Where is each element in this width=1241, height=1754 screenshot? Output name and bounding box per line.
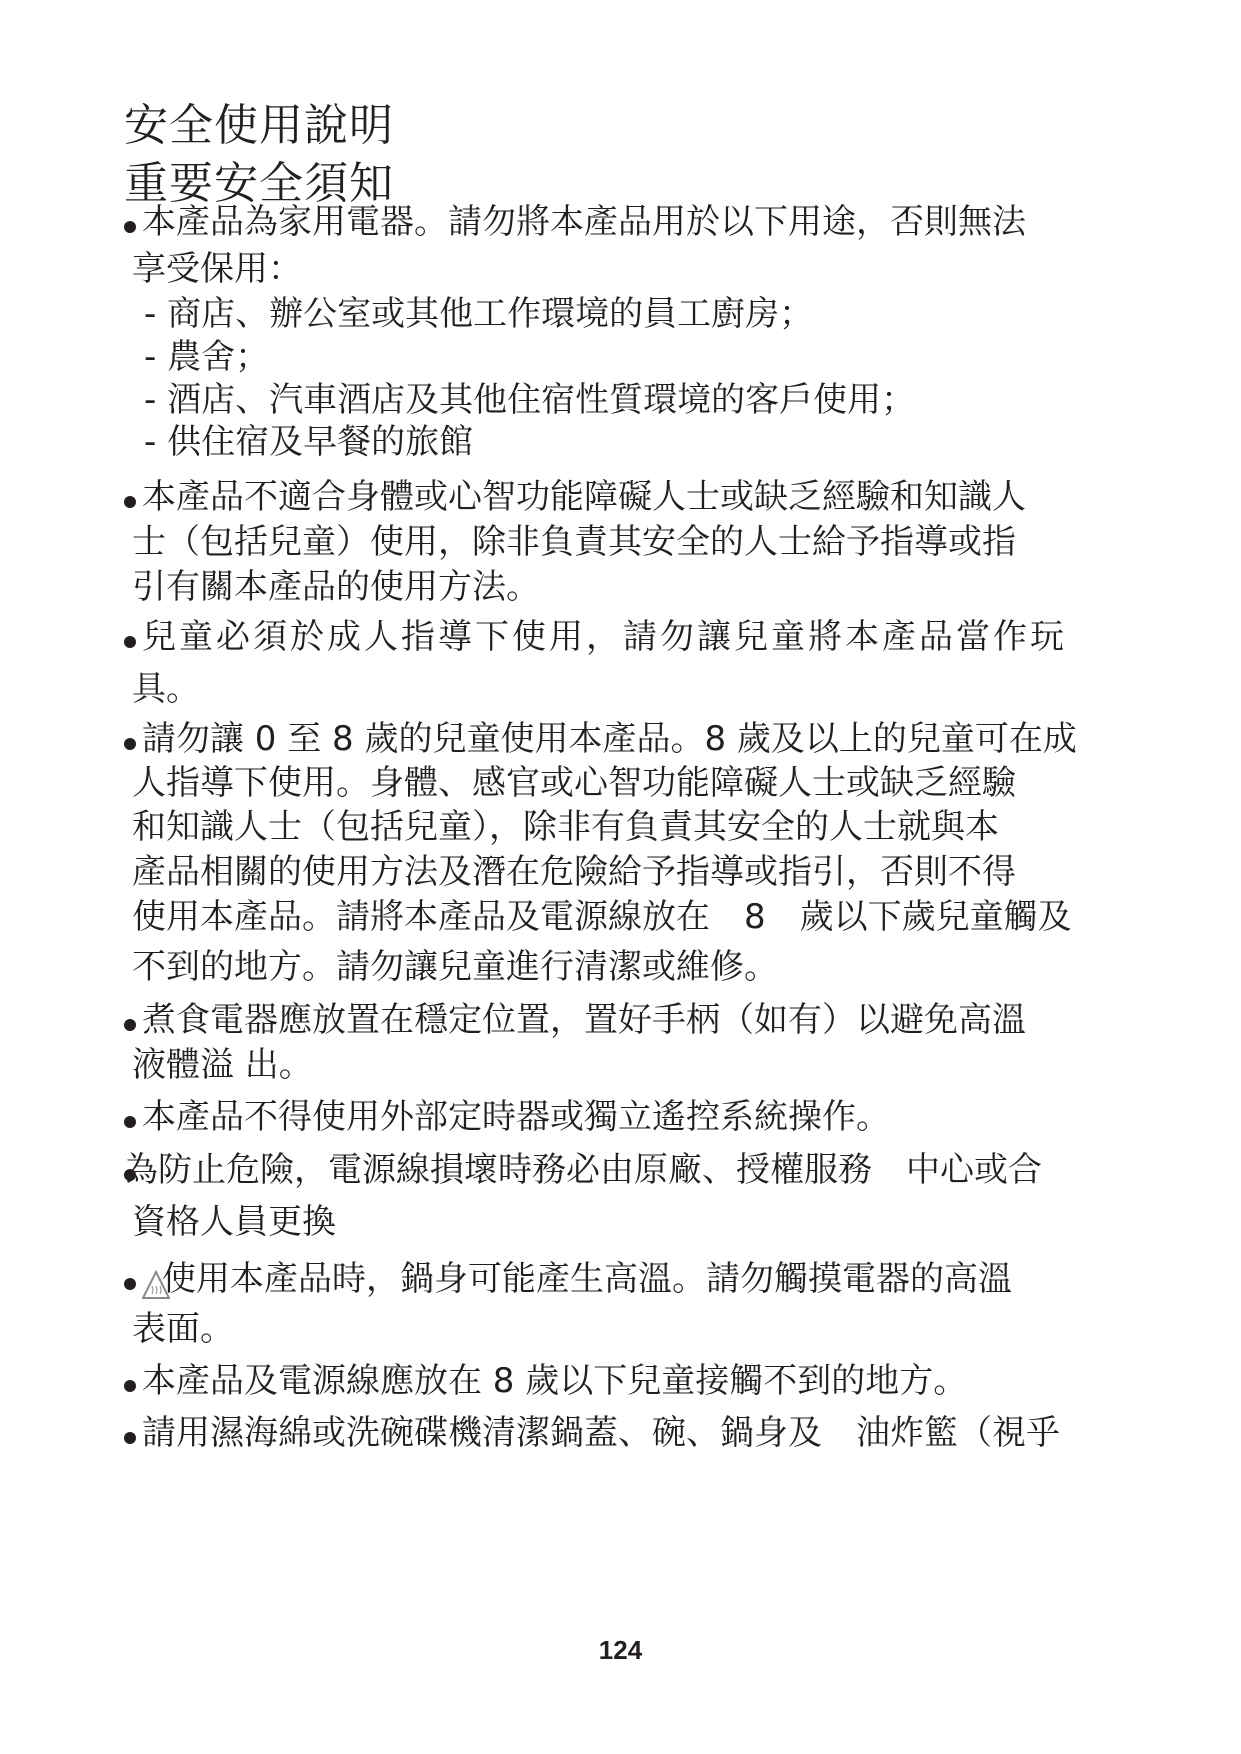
bullet-icon [124, 738, 136, 750]
document-page: 安全使用說明 重要安全須知 本產品為家用電器。請勿將本產品用於以下用途，否則無法… [0, 0, 1241, 1754]
item-text-line: 本產品不得使用外部定時器或獨立遙控系統操作。 [142, 1100, 890, 1134]
item-text-line: 產品相關的使用方法及潛在危險給予指導或指引，否則不得 [132, 855, 1016, 889]
sub-item: - 農舍； [144, 340, 269, 374]
item-text-line: 具。 [132, 672, 200, 706]
item-text-line: 人指導下使用。身體、感官或心智功能障礙人士或缺乏經驗 [132, 766, 1016, 800]
item-text-line: 請用濕海綿或洗碗碟機清潔鍋蓋、碗、鍋身及 油炸籃（視乎 [142, 1416, 1060, 1450]
item-text-line: 引有關本產品的使用方法。 [132, 570, 540, 604]
item-text-line: 煮食電器應放置在穩定位置，置好手柄（如有）以避免高溫 [142, 1003, 1026, 1037]
item-text-line: 液體溢 出。 [132, 1048, 313, 1082]
sub-item: - 商店、辦公室或其他工作環境的員工廚房； [144, 297, 813, 331]
item-text-line: 使用本產品。請將本產品及電源線放在 8 歲以下歲兒童觸及 [132, 900, 1072, 934]
page-title: 安全使用說明 [124, 104, 394, 148]
section-heading: 重要安全須知 [124, 162, 394, 206]
bullet-icon [124, 1432, 136, 1444]
item-text-line: 為防止危險，電源線損壞時務必由原廠、授權服務 中心或合 [124, 1153, 1042, 1187]
item-text-line: 本產品不適合身體或心智功能障礙人士或缺乏經驗和知識人 [142, 480, 1026, 514]
item-text-line: 士（包括兒童）使用，除非負責其安全的人士給予指導或指 [132, 525, 1016, 559]
item-text-line: 本產品為家用電器。請勿將本產品用於以下用途，否則無法 [142, 205, 1026, 239]
item-text-line: 兒童必須於成人指導下使用，請勿讓兒童將本產品當作玩 [142, 620, 1067, 654]
page-number: 124 [0, 1635, 1241, 1666]
bullet-icon [124, 1380, 136, 1392]
sub-item: - 酒店、汽車酒店及其他住宿性質環境的客戶使用； [144, 383, 915, 417]
item-text-line: 表面。 [132, 1312, 234, 1346]
sub-item: - 供住宿及早餐的旅館 [144, 425, 473, 459]
item-text-line: 和知識人士（包括兒童），除非有負責其安全的人士就與本 [132, 810, 999, 844]
item-text-line: 享受保用： [132, 252, 302, 286]
bullet-icon [124, 1278, 136, 1290]
bullet-icon [124, 636, 136, 648]
item-text-line: 使用本產品時，鍋身可能產生高溫。請勿觸摸電器的高溫 [162, 1262, 1012, 1296]
bullet-icon [124, 221, 136, 233]
item-text-line: 本產品及電源線應放在 8 歲以下兒童接觸不到的地方。 [142, 1364, 967, 1398]
item-text-line: 資格人員更換 [132, 1205, 336, 1239]
bullet-icon [124, 496, 136, 508]
bullet-icon [124, 1019, 136, 1031]
bullet-icon [124, 1116, 136, 1128]
item-text-line: 請勿讓 0 至 8 歲的兒童使用本產品。8 歲及以上的兒童可在成 [142, 722, 1077, 756]
item-text-line: 不到的地方。請勿讓兒童進行清潔或維修。 [132, 950, 778, 984]
